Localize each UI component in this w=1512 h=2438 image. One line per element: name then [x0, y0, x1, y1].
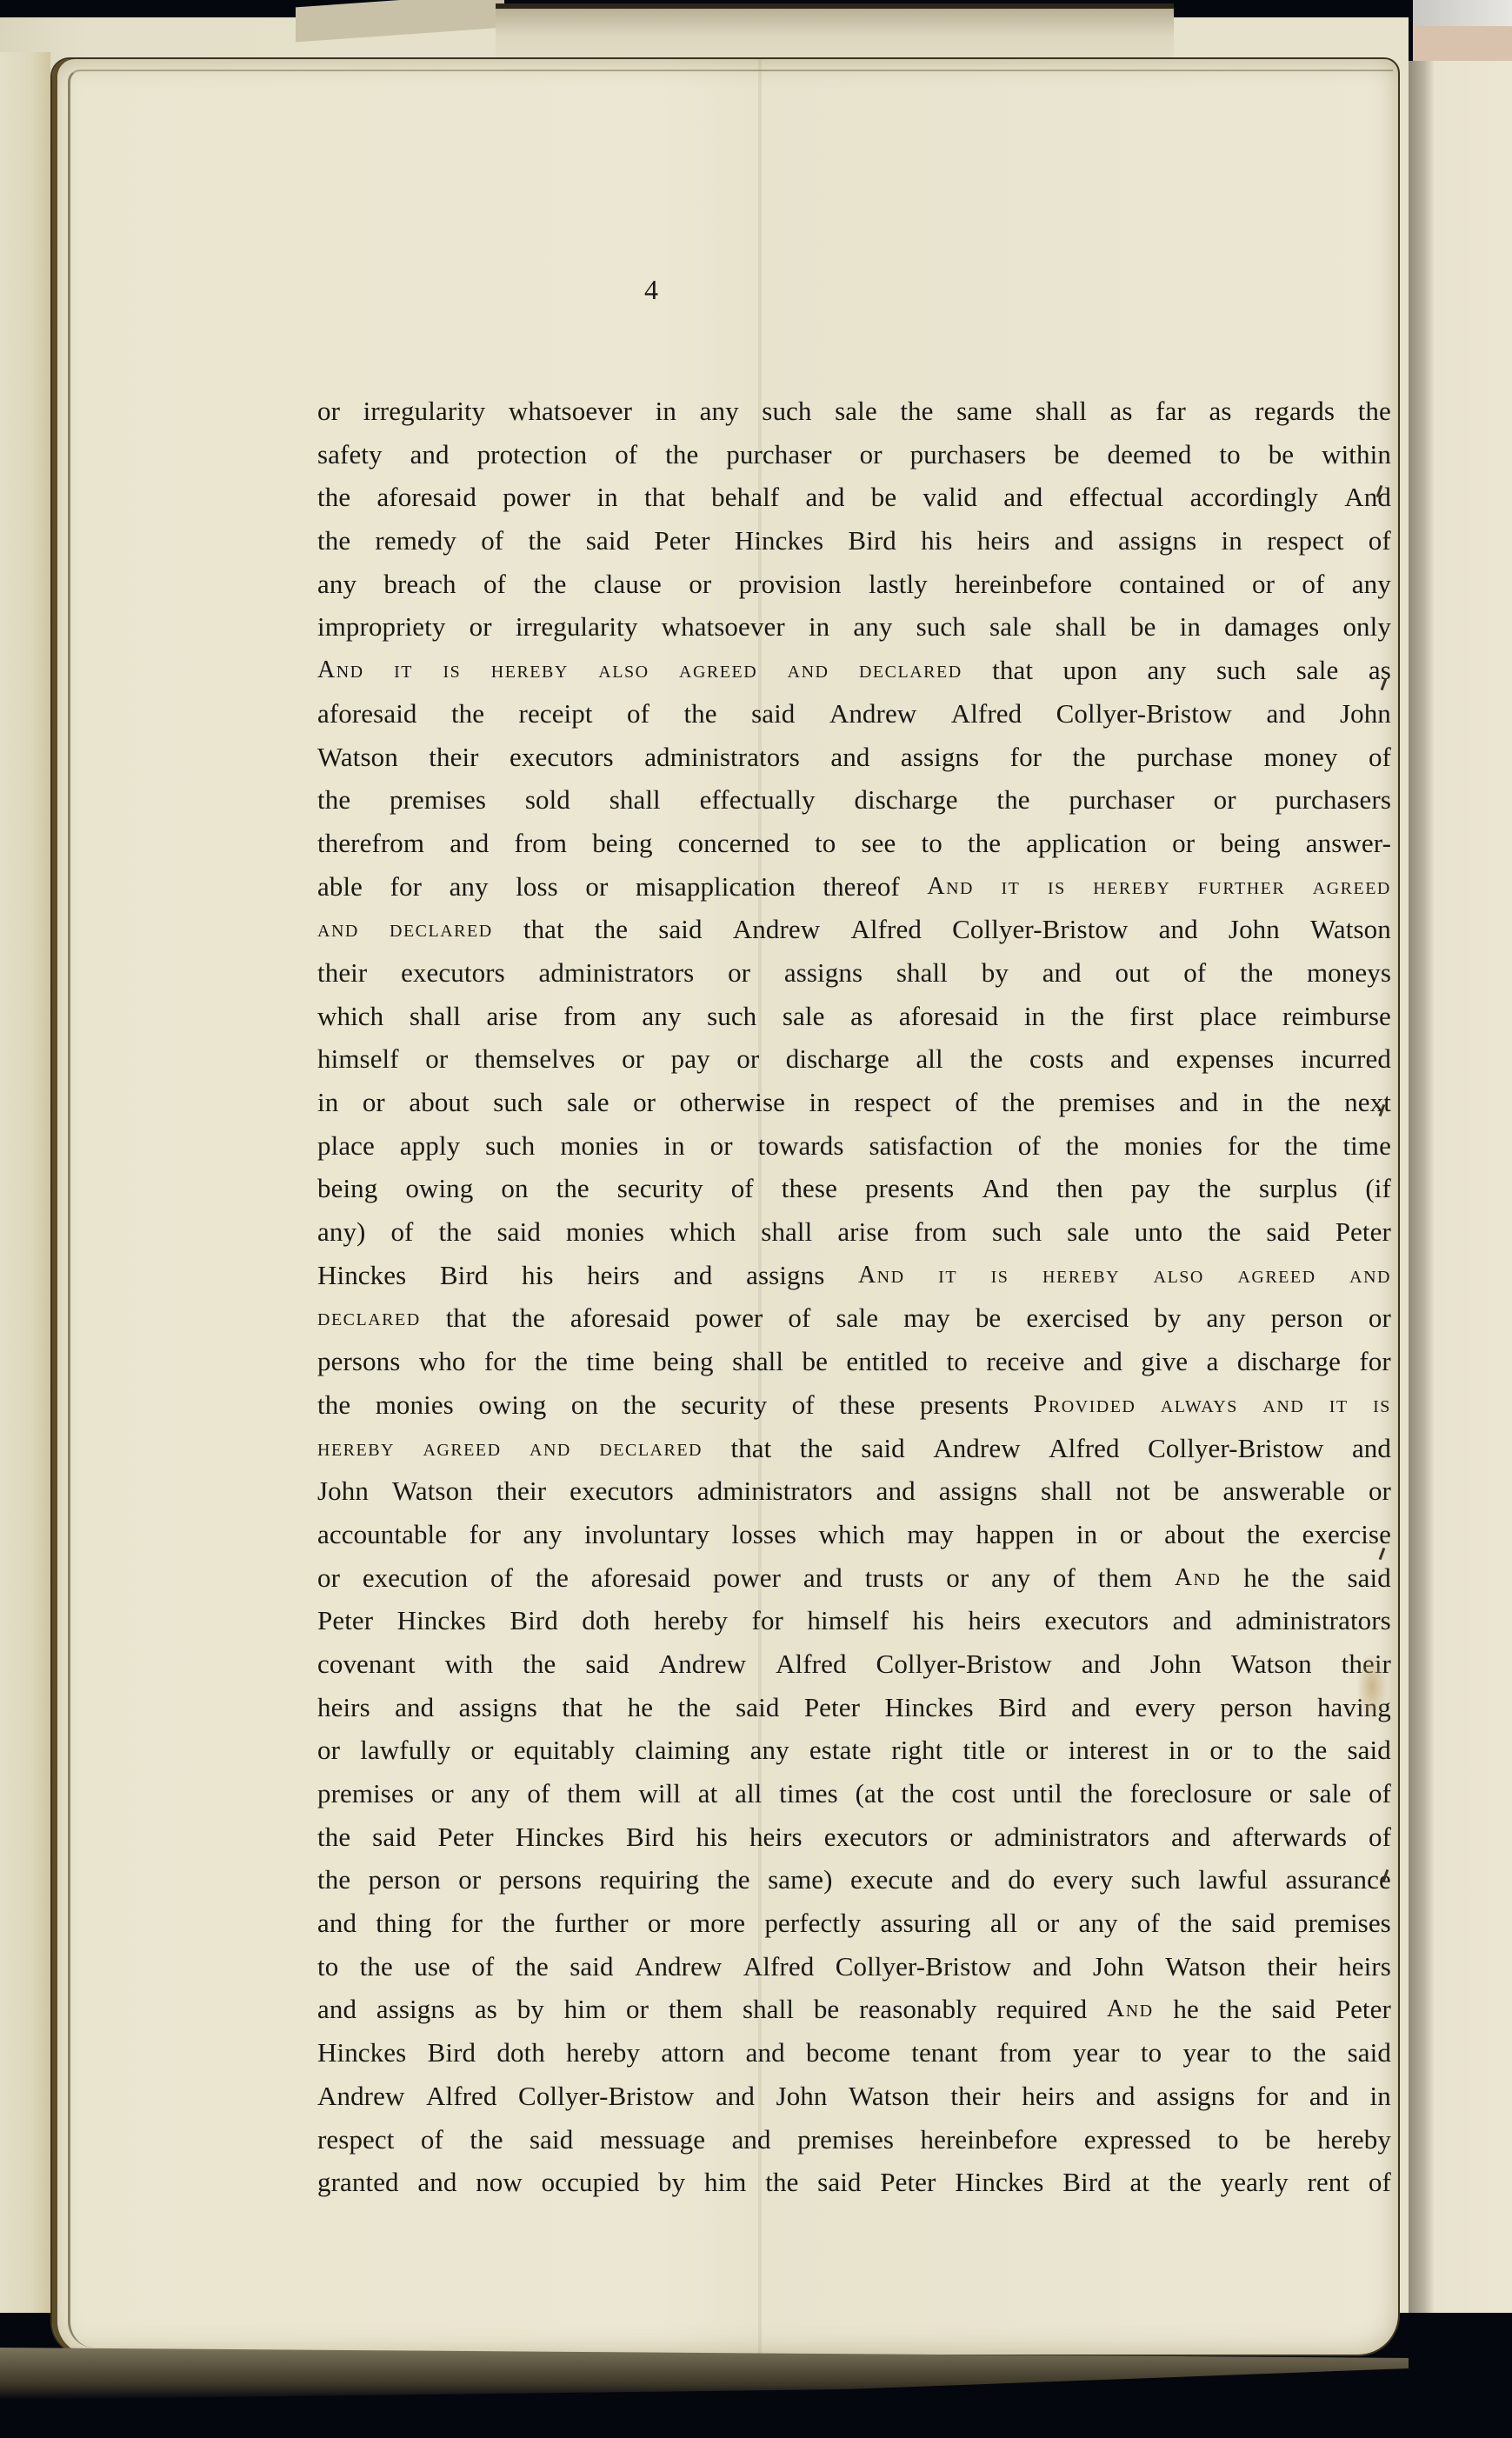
word: said	[1348, 1729, 1391, 1772]
word: exercised	[1026, 1296, 1129, 1340]
word: that	[730, 1427, 771, 1470]
word: said	[736, 1686, 779, 1729]
word: and	[317, 1902, 356, 1945]
word: lawfully	[360, 1729, 450, 1772]
word: whatsoever	[662, 605, 785, 649]
text-line: whichshallarisefromanysuchsaleasaforesai…	[317, 995, 1391, 1038]
word: the	[968, 822, 1001, 865]
small-caps-word: also	[1154, 1254, 1204, 1297]
word: may	[903, 1296, 950, 1340]
word: time	[586, 1340, 635, 1383]
word: And	[1344, 476, 1391, 519]
text-line: premisesoranyofthemwillatalltimes(atthec…	[317, 1772, 1391, 1815]
word: shall	[410, 995, 461, 1038]
word: the	[1073, 736, 1106, 779]
text-line: beingowingonthesecurityofthesepresentsAn…	[317, 1167, 1391, 1210]
word: John	[1093, 1945, 1144, 1988]
word: monies	[1124, 1124, 1202, 1168]
word: and	[1032, 1945, 1071, 1988]
word: on	[501, 1167, 528, 1210]
word: contained	[1119, 563, 1224, 606]
word: sale	[989, 605, 1032, 649]
word: the	[516, 1945, 549, 1988]
word: and	[803, 1556, 843, 1600]
word: for	[451, 1902, 483, 1945]
word: otherwise	[680, 1081, 785, 1124]
word: any	[750, 1729, 789, 1772]
word: and	[1096, 2075, 1136, 2118]
word: the	[451, 692, 484, 736]
word: person	[1220, 1686, 1292, 1729]
text-line: Anditisherebyalsoagreedanddeclaredthatup…	[317, 649, 1391, 692]
text-line: orirregularitywhatsoeverinanysuchsalethe…	[317, 390, 1391, 433]
word: them	[669, 1988, 723, 2031]
word: discharge	[1237, 1340, 1341, 1383]
word: in	[596, 476, 617, 519]
word: that	[446, 1296, 487, 1340]
word: purchasers	[1275, 778, 1391, 822]
word: next	[1344, 1081, 1391, 1124]
word: purchaser	[726, 433, 831, 476]
word: of	[1369, 2161, 1391, 2204]
word: the	[1198, 1167, 1231, 1210]
word: any	[1207, 1296, 1246, 1340]
word: power	[695, 1296, 763, 1340]
word: to	[1253, 1729, 1274, 1772]
word: of	[527, 1772, 550, 1815]
word: reimburse	[1282, 995, 1391, 1038]
word: assigns	[901, 736, 979, 779]
word: Peter	[1335, 1988, 1391, 2031]
word: and	[732, 2118, 771, 2162]
word: his	[522, 1254, 553, 1297]
word: the	[595, 908, 628, 951]
word: or	[317, 1729, 340, 1772]
word: and	[1055, 519, 1094, 563]
word: breach	[383, 563, 456, 606]
small-caps-word: and	[530, 1427, 571, 1470]
small-caps-word: is	[1048, 865, 1066, 909]
word: shall	[761, 1210, 812, 1254]
word: of	[955, 1081, 977, 1124]
text-line: theremedyofthesaidPeterHinckesBirdhishei…	[317, 519, 1391, 563]
word: doth	[496, 2031, 545, 2075]
word: doth	[582, 1599, 630, 1642]
word: for	[752, 1599, 783, 1642]
word: said	[861, 1427, 904, 1470]
word: by	[982, 951, 1009, 995]
word: sale	[1067, 1210, 1109, 1254]
word: persons	[499, 1858, 582, 1902]
word: of	[471, 1945, 494, 1988]
word: persons	[317, 1340, 400, 1383]
word: Hinckes	[317, 1254, 406, 1297]
word: arise	[487, 995, 538, 1038]
word: the	[470, 2118, 503, 2162]
word: and	[1083, 1340, 1122, 1383]
word: being	[1220, 822, 1280, 865]
word: the	[360, 1945, 393, 1988]
small-caps-word: and	[317, 908, 359, 951]
word: satisfaction	[869, 1124, 992, 1168]
word: the	[665, 433, 698, 476]
word: the	[1287, 1081, 1320, 1124]
word: the	[317, 476, 350, 519]
word: all	[735, 1772, 762, 1815]
word: aforesaid	[570, 1296, 670, 1340]
small-caps-word: and	[1349, 1254, 1391, 1297]
word: the	[1294, 1729, 1327, 1772]
small-caps-word: it	[394, 649, 413, 692]
word: and	[417, 2161, 456, 2204]
text-line: herebyagreedanddeclaredthatthesaidAndrew…	[317, 1427, 1391, 1470]
word: John	[317, 1469, 369, 1513]
text-line: respectofthesaidmessuageandpremisesherei…	[317, 2118, 1391, 2162]
word: surplus	[1259, 1167, 1337, 1210]
word: or	[728, 951, 750, 995]
word: which	[669, 1210, 736, 1254]
word: Collyer-Bristow	[1056, 692, 1232, 736]
text-line: Watsontheirexecutorsadministratorsandass…	[317, 736, 1391, 779]
word: safety	[317, 433, 383, 476]
word: or	[458, 1858, 481, 1902]
word: to	[921, 822, 942, 865]
word: and	[395, 1686, 434, 1729]
word: the	[438, 1210, 471, 1254]
word: sold	[525, 778, 570, 822]
word: the	[1208, 1210, 1241, 1254]
word: with	[445, 1642, 494, 1686]
word: presents	[865, 1167, 954, 1210]
word: such	[707, 995, 756, 1038]
word: as	[1369, 649, 1391, 692]
word: in	[809, 1081, 830, 1124]
word: for	[1010, 736, 1042, 779]
word: equitably	[514, 1729, 615, 1772]
text-line: orlawfullyorequitablyclaiminganyestateri…	[317, 1729, 1391, 1772]
text-line: AndrewAlfredCollyer-BristowandJohnWatson…	[317, 2075, 1391, 2118]
word: premises	[1295, 1902, 1391, 1945]
word: and	[317, 1988, 356, 2031]
word: the	[1066, 1124, 1099, 1168]
word: respect	[1267, 519, 1343, 563]
word: of	[1369, 519, 1391, 563]
word: which	[317, 995, 383, 1038]
small-caps-word: is	[443, 649, 462, 692]
word: or	[1209, 1729, 1232, 1772]
word: and	[1082, 1642, 1121, 1686]
word: happen	[976, 1513, 1054, 1556]
word: themselves	[475, 1037, 596, 1081]
word: further	[555, 1902, 629, 1945]
word: Peter	[654, 519, 709, 563]
word: be	[871, 476, 896, 519]
word: or	[946, 1556, 969, 1600]
word: administrators	[539, 951, 695, 995]
word: sale	[835, 390, 877, 433]
text-line: theaforesaidpowerinthatbehalfandbevalida…	[317, 476, 1391, 519]
word: expressed	[1084, 2118, 1191, 2162]
word: the	[502, 1902, 535, 1945]
word: then	[1056, 1167, 1103, 1210]
word: and	[1003, 476, 1042, 519]
word: Alfred	[951, 692, 1022, 736]
word: use	[414, 1945, 450, 1988]
word: first	[1130, 995, 1174, 1038]
word: his	[912, 1599, 943, 1642]
word: or	[317, 1556, 340, 1600]
word: assuring	[881, 1902, 971, 1945]
small-caps-word: And	[1107, 1988, 1154, 2031]
word: or	[1214, 778, 1236, 822]
word: executors	[569, 1469, 674, 1513]
word: him	[704, 2161, 747, 2204]
word: or	[1172, 822, 1195, 865]
word: Hinckes	[735, 519, 823, 563]
word: times	[779, 1772, 838, 1815]
word: only	[1342, 605, 1391, 649]
word: monies	[376, 1383, 454, 1427]
word: premises	[390, 778, 486, 822]
word: as	[475, 1988, 497, 2031]
word: aforesaid	[376, 476, 476, 519]
word: the	[996, 778, 1029, 822]
word: about	[1164, 1513, 1224, 1556]
word: the	[317, 519, 350, 563]
word: that	[562, 1686, 603, 1729]
word: incurred	[1301, 1037, 1391, 1081]
word: Peter	[880, 2161, 936, 2204]
word: right	[891, 1729, 943, 1772]
word: in	[1076, 1513, 1097, 1556]
word: of	[483, 563, 506, 606]
word: in	[1242, 1081, 1263, 1124]
word: said	[1348, 2031, 1391, 2075]
word: clause	[594, 563, 662, 606]
word: heirs	[1338, 1945, 1391, 1988]
word: be	[1265, 2118, 1290, 2162]
word: any	[991, 1556, 1030, 1600]
word: granted	[317, 2161, 399, 2204]
word: Peter	[438, 1815, 494, 1859]
word: of	[421, 2118, 443, 2162]
word: himself	[317, 1037, 399, 1081]
word: by	[1154, 1296, 1181, 1340]
word: all	[990, 1902, 1017, 1945]
word: executors	[510, 736, 614, 779]
word: purchaser	[1069, 778, 1174, 822]
word: be	[1174, 1469, 1199, 1513]
word: will	[638, 1772, 681, 1815]
word: the	[800, 1427, 833, 1470]
word: and	[951, 1858, 990, 1902]
small-caps-word: agreed	[679, 649, 757, 692]
word: hereinbefore	[921, 2118, 1058, 2162]
word: Bird	[626, 1815, 675, 1859]
word: losses	[731, 1513, 796, 1556]
word: them	[1098, 1556, 1152, 1600]
word: of	[615, 433, 637, 476]
page-number: 4	[0, 274, 1324, 306]
word: the	[677, 1686, 710, 1729]
word: effectual	[1069, 476, 1164, 519]
word: monies	[566, 1210, 644, 1254]
word: and	[716, 2075, 755, 2118]
word: Andrew	[659, 1642, 746, 1686]
word: the	[1179, 1902, 1212, 1945]
text-line: totheuseofthesaidAndrewAlfredCollyer-Bri…	[317, 1945, 1391, 1988]
word: able	[317, 865, 363, 909]
word: said	[569, 1945, 613, 1988]
word: become	[806, 2031, 890, 2075]
word: said	[586, 519, 629, 563]
word: and	[805, 476, 844, 519]
word: Alfred	[850, 908, 922, 951]
word: not	[1116, 1469, 1150, 1513]
word: or	[431, 1772, 454, 1815]
word: and	[1173, 1599, 1212, 1642]
word: of	[490, 1556, 513, 1600]
small-caps-word: and	[788, 649, 829, 692]
word: that	[644, 476, 685, 519]
word: any)	[317, 1210, 365, 1254]
word: any	[853, 605, 892, 649]
word: heirs	[587, 1254, 640, 1297]
word: assigns	[1156, 2075, 1235, 2118]
word: Collyer-Bristow	[952, 908, 1128, 951]
word: or	[689, 563, 711, 606]
word: of	[1183, 951, 1206, 995]
word: Bird	[510, 1599, 558, 1642]
word: any	[1079, 1902, 1118, 1945]
word: required	[996, 1988, 1087, 2031]
word: be	[1269, 433, 1294, 476]
word: of	[1302, 563, 1324, 606]
word: himself	[807, 1599, 889, 1642]
small-caps-word: Provided	[1034, 1383, 1136, 1427]
text-line: andthingforthefurtherormoreperfectlyassu…	[317, 1902, 1391, 1945]
word: or	[626, 1988, 649, 2031]
small-caps-word: agreed	[1313, 865, 1391, 909]
word: or	[1269, 1772, 1292, 1815]
word: assigns	[784, 951, 863, 995]
word: give	[1141, 1340, 1188, 1383]
word: by	[517, 1988, 544, 2031]
word: or	[425, 1037, 448, 1081]
word: of	[627, 692, 649, 736]
word: yearly	[1221, 2161, 1289, 2204]
word: person	[369, 1858, 441, 1902]
adjacent-page-edge	[1409, 61, 1512, 2313]
word: or	[736, 1037, 759, 1081]
word: said	[530, 2118, 573, 2162]
text-line: himselforthemselvesorpayordischargeallth…	[317, 1037, 1391, 1081]
word: discharge	[786, 1037, 889, 1081]
small-caps-word: And	[927, 865, 974, 909]
word: more	[689, 1902, 745, 1945]
small-caps-word: And	[858, 1254, 905, 1297]
word: the	[1358, 390, 1391, 433]
word: assigns	[746, 1254, 824, 1297]
small-caps-word: declared	[317, 1296, 421, 1340]
word: thereof	[823, 865, 899, 909]
word: on	[571, 1383, 598, 1427]
word: heirs	[977, 519, 1030, 563]
word: covenant	[317, 1642, 416, 1686]
text-line: improprietyorirregularitywhatsoeverinany…	[317, 605, 1391, 649]
word: every	[1053, 1858, 1113, 1902]
word: all	[916, 1037, 943, 1081]
word: them	[567, 1772, 621, 1815]
word: shall	[732, 1340, 783, 1383]
adjacent-page-tab	[1413, 26, 1512, 64]
text-line: thepremisessoldshalleffectuallydischarge…	[317, 778, 1391, 822]
word: be	[1054, 433, 1079, 476]
word: or	[363, 1081, 385, 1124]
word: place	[1200, 995, 1257, 1038]
small-caps-word: declared	[599, 1427, 703, 1470]
word: shall	[896, 951, 948, 995]
word: premises	[1059, 1081, 1156, 1124]
word: may	[907, 1513, 954, 1556]
word: about	[409, 1081, 469, 1124]
word: attorn	[661, 2031, 724, 2075]
small-caps-word: further	[1198, 865, 1285, 909]
word: being	[653, 1340, 713, 1383]
word: or	[471, 1729, 494, 1772]
word: Hinckes	[955, 2161, 1043, 2204]
word: such	[916, 605, 966, 649]
word: he	[628, 1686, 653, 1729]
word: and	[1071, 1686, 1110, 1729]
word: hereinbefore	[955, 563, 1092, 606]
word: hereby	[1317, 2118, 1391, 2162]
word: executors	[824, 1815, 929, 1859]
word: any	[523, 1513, 562, 1556]
word: accountable	[317, 1513, 447, 1556]
word: security	[681, 1383, 767, 1427]
word: and	[830, 736, 869, 779]
word: from	[914, 1210, 967, 1254]
word: administrators	[697, 1469, 853, 1513]
word: said	[751, 692, 795, 736]
word: far	[1156, 390, 1186, 433]
word: shall	[1036, 390, 1087, 433]
word: or	[1036, 1902, 1059, 1945]
word: arise	[837, 1210, 889, 1254]
word: perfectly	[764, 1902, 861, 1945]
word: requiring	[600, 1858, 700, 1902]
word: being	[592, 822, 652, 865]
small-caps-word: agreed	[1237, 1254, 1316, 1297]
word: Watson	[849, 2075, 929, 2118]
word: the	[523, 1642, 556, 1686]
word: and	[1110, 1037, 1149, 1081]
word: or	[710, 1124, 733, 1168]
adjacent-page-corner	[1413, 0, 1512, 28]
word: any	[642, 995, 681, 1038]
word: and	[673, 1254, 712, 1297]
word: and	[1266, 692, 1305, 736]
word: premises	[797, 2118, 894, 2162]
word: same	[956, 390, 1012, 433]
word: tenant	[911, 2031, 977, 2075]
word: the	[1240, 951, 1273, 995]
word: or	[317, 390, 340, 433]
word: the	[1169, 2161, 1202, 2204]
word: or	[1120, 1513, 1142, 1556]
word: reasonably	[859, 1988, 976, 2031]
